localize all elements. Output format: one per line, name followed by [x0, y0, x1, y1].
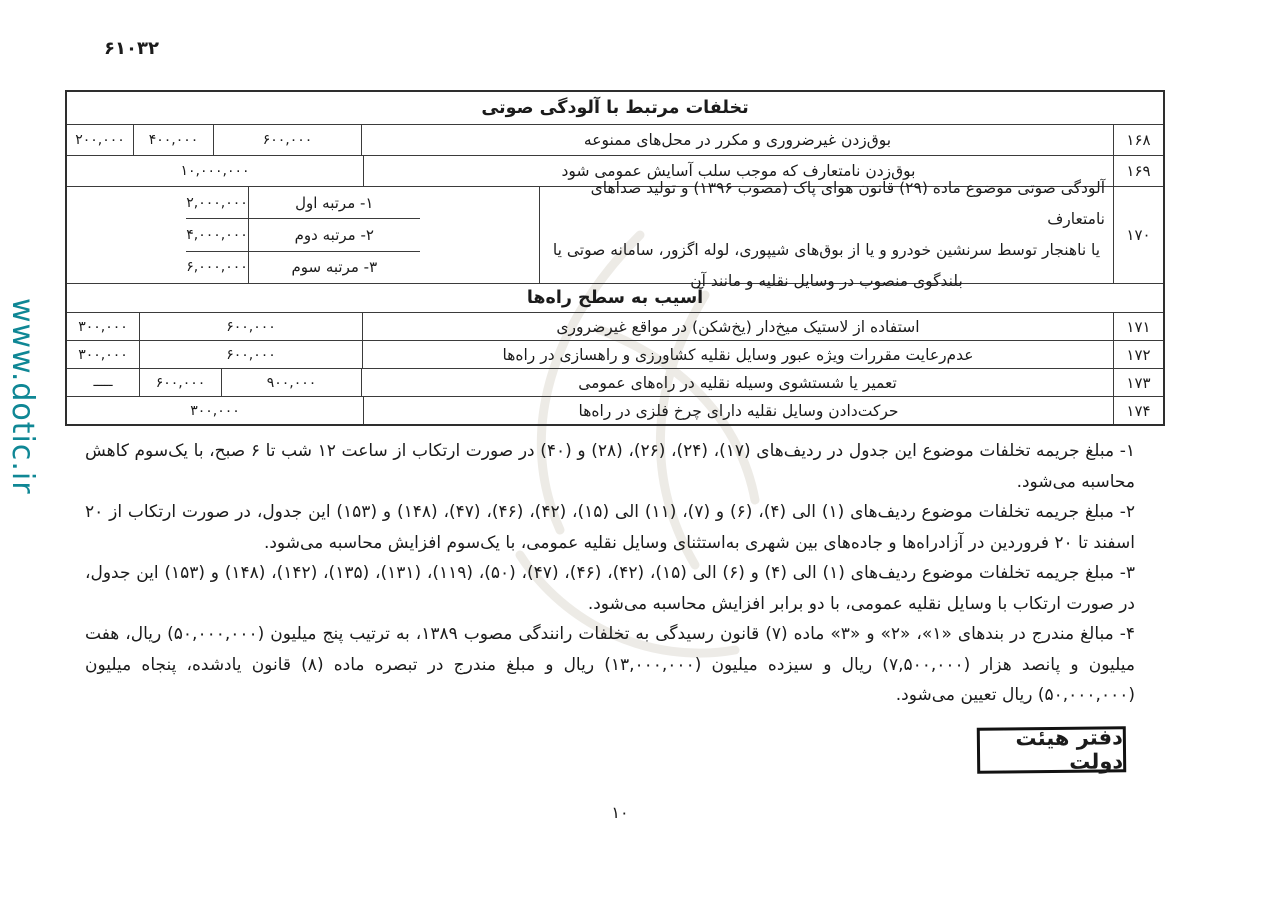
violation-desc: استفاده از لاستیک میخ‌دار (یخ‌شکن) در مو…	[362, 313, 1113, 340]
row-number: ۱۶۸	[1113, 125, 1163, 155]
table-row-174: ۱۷۴ حرکت‌دادن وسایل نقلیه دارای چرخ فلزی…	[67, 396, 1163, 424]
fine-amount: ۶۰۰,۰۰۰	[139, 369, 221, 396]
violation-desc: حرکت‌دادن وسایل نقلیه دارای چرخ فلزی در …	[363, 397, 1113, 424]
cabinet-office-stamp: دفتر هیئت دولت	[977, 726, 1126, 774]
tier-row-second: ۲- مرتبه دوم ۴,۰۰۰,۰۰۰	[186, 218, 420, 250]
violation-desc-line: یا ناهنجار توسط سرنشین خودرو و یا از بوق…	[553, 235, 1100, 266]
fine-amount: ۳۰۰,۰۰۰	[67, 313, 139, 340]
row-number: ۱۷۰	[1113, 187, 1163, 283]
fine-amount: ۴۰۰,۰۰۰	[133, 125, 213, 155]
fine-amount: ۶,۰۰۰,۰۰۰	[186, 252, 248, 283]
dotic-watermark: www.dotic.ir	[5, 298, 40, 495]
fine-amount: ۳۰۰,۰۰۰	[67, 397, 363, 424]
fine-amount: ۶۰۰,۰۰۰	[213, 125, 361, 155]
fine-amount: ۹۰۰,۰۰۰	[221, 369, 361, 396]
row-number: ۱۷۴	[1113, 397, 1163, 424]
table-row-172: ۱۷۲ عدم‌رعایت مقررات ویژه عبور وسایل نقل…	[67, 340, 1163, 368]
fine-amount: ۱۰,۰۰۰,۰۰۰	[67, 156, 363, 186]
note-3: ۳- مبلغ جریمه تخلفات موضوع ردیف‌های (۱) …	[85, 558, 1135, 619]
fine-amount: ۶۰۰,۰۰۰	[139, 313, 362, 340]
note-2: ۲- مبلغ جریمه تخلفات موضوع ردیف‌های (۱) …	[85, 497, 1135, 558]
page-number: ۱۰	[595, 803, 645, 822]
fines-table: تخلفات مرتبط با آلودگی صوتی ۱۶۸ بوق‌زدن …	[65, 90, 1165, 426]
table-row-173: ۱۷۳ تعمیر یا شستشوی وسیله نقلیه در راه‌ه…	[67, 368, 1163, 396]
tier-row-third: ۳- مرتبه سوم ۶,۰۰۰,۰۰۰	[186, 251, 420, 283]
violation-desc: عدم‌رعایت مقررات ویژه عبور وسایل نقلیه ک…	[362, 341, 1113, 368]
note-1: ۱- مبلغ جریمه تخلفات موضوع این جدول در ر…	[85, 436, 1135, 497]
table-row-170: ۱۷۰ آلودگی صوتی موضوع ماده (۲۹) قانون هو…	[67, 186, 1163, 283]
row-number: ۱۷۲	[1113, 341, 1163, 368]
no-amount-dash: ـــــ	[67, 369, 139, 396]
fine-amount: ۶۰۰,۰۰۰	[139, 341, 362, 368]
section-title-noise-pollution: تخلفات مرتبط با آلودگی صوتی	[67, 92, 1163, 124]
violation-desc-line: بلندگوی منصوب در وسایل نقلیه و مانند آن	[690, 266, 963, 297]
violation-desc-line: آلودگی صوتی موضوع ماده (۲۹) قانون هوای پ…	[548, 173, 1105, 235]
fine-amount: ۳۰۰,۰۰۰	[67, 341, 139, 368]
violation-desc: آلودگی صوتی موضوع ماده (۲۹) قانون هوای پ…	[539, 187, 1113, 283]
table-row-168: ۱۶۸ بوق‌زدن غیرضروری و مکرر در محل‌های م…	[67, 124, 1163, 155]
fine-amount: ۲۰۰,۰۰۰	[67, 125, 133, 155]
tier-label: ۲- مرتبه دوم	[248, 219, 420, 250]
table-row-171: ۱۷۱ استفاده از لاستیک میخ‌دار (یخ‌شکن) د…	[67, 312, 1163, 340]
violation-desc: تعمیر یا شستشوی وسیله نقلیه در راه‌های ع…	[361, 369, 1113, 396]
document-number: ۶۱۰۳۲	[104, 38, 159, 59]
row-number: ۱۷۱	[1113, 313, 1163, 340]
footnotes: ۱- مبلغ جریمه تخلفات موضوع این جدول در ر…	[85, 436, 1135, 711]
tier-label: ۳- مرتبه سوم	[248, 252, 420, 283]
row-number: ۱۶۹	[1113, 156, 1163, 186]
section-title-road-damage: آسیب به سطح راه‌ها	[67, 283, 1163, 312]
tier-row-first: ۱- مرتبه اول ۲,۰۰۰,۰۰۰	[186, 187, 420, 218]
row-number: ۱۷۳	[1113, 369, 1163, 396]
violation-desc: بوق‌زدن غیرضروری و مکرر در محل‌های ممنوع…	[361, 125, 1113, 155]
note-4: ۴- مبالغ مندرج در بندهای «۱»، «۲» و «۳» …	[85, 619, 1135, 711]
fine-amount: ۴,۰۰۰,۰۰۰	[186, 219, 248, 250]
tier-sub-table: ۱- مرتبه اول ۲,۰۰۰,۰۰۰ ۲- مرتبه دوم ۴,۰۰…	[67, 187, 539, 283]
tier-label: ۱- مرتبه اول	[248, 187, 420, 218]
fine-amount: ۲,۰۰۰,۰۰۰	[186, 187, 248, 218]
